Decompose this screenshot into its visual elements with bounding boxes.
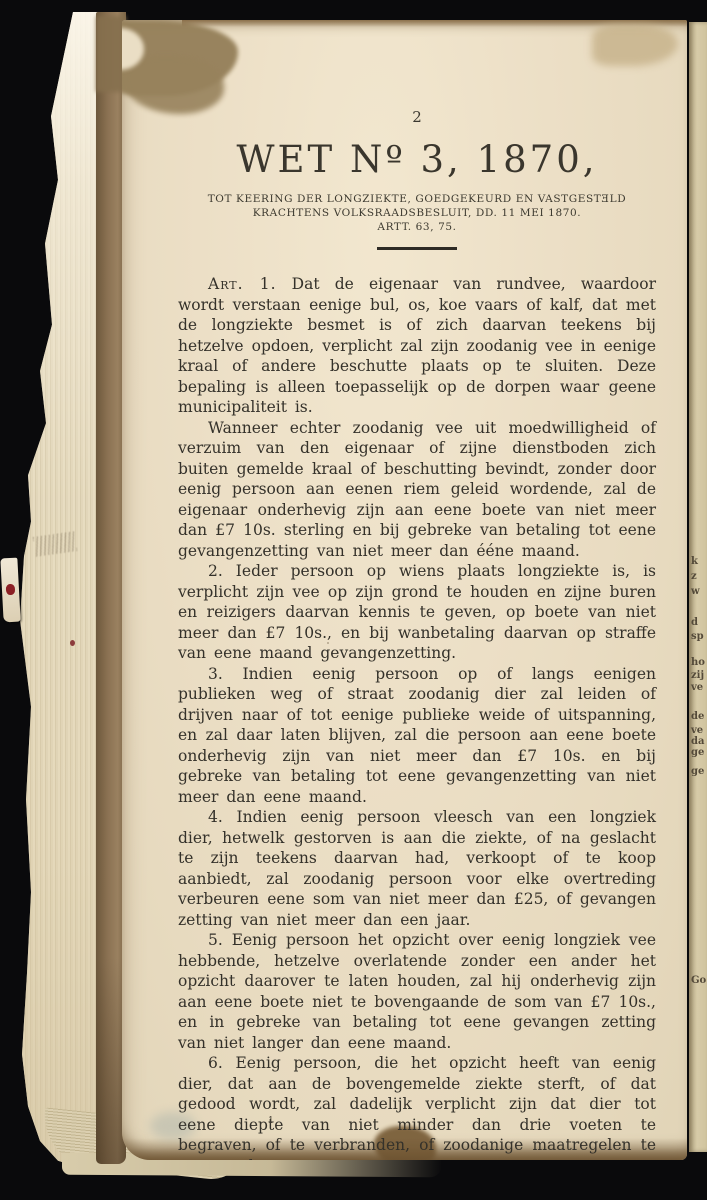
next-page-text-fragment: ge xyxy=(691,747,704,759)
paper-tab xyxy=(0,558,20,623)
article-text: 3. Indien eenig persoon op of langs eeni… xyxy=(178,665,656,806)
subtitle-line: ARTT. 63, 75. xyxy=(178,220,656,234)
next-page-text-fragment: d xyxy=(691,617,698,629)
next-page-text-fragment: Go xyxy=(691,975,706,987)
article-text: 5. Eenig persoon het opzicht over eenig … xyxy=(178,931,656,1052)
next-page-text-fragment: ge xyxy=(691,766,704,778)
article-paragraph: 3. Indien eenig persoon op of langs eeni… xyxy=(178,664,656,808)
next-page-sliver: k z w d sp ho zij ve de ve da ge ge Go xyxy=(689,22,707,1152)
divider-rule xyxy=(377,247,457,250)
article-text: Wanneer echter zoodanig vee uit moedwill… xyxy=(178,419,656,560)
next-page-text-fragment: ve xyxy=(691,682,703,694)
article-paragraph: Art. 1. Dat de eigenaar van rundvee, waa… xyxy=(178,274,656,418)
stain-top-right xyxy=(592,24,678,66)
article-paragraph: 5. Eenig persoon het opzicht over eenig … xyxy=(178,930,656,1053)
printed-page-content: 2 WET Nº 3, 1870, TOT KEERING DER LONGZI… xyxy=(178,108,656,1160)
stain-top-left-lobe xyxy=(124,56,224,114)
article-paragraph: 6. Eenig persoon, die het opzicht heeft … xyxy=(178,1053,656,1160)
article-text: 2. Ieder persoon op wiens plaats longzie… xyxy=(178,562,656,662)
article-text: Dat de eigenaar van rundvee, waardoor wo… xyxy=(178,275,656,416)
subtitle-line: TOT KEERING DER LONGZIEKTE, GOEDGEKEURD … xyxy=(178,192,656,206)
next-page-text-fragment: w xyxy=(691,586,700,598)
article-paragraph: 2. Ieder persoon op wiens plaats longzie… xyxy=(178,561,656,664)
red-speck xyxy=(70,640,75,646)
red-wax-mark xyxy=(6,584,16,595)
article-text: 6. Eenig persoon, die het opzicht heeft … xyxy=(178,1054,656,1160)
page-number: 2 xyxy=(178,108,656,126)
article-paragraph: 4. Indien eenig persoon vleesch van een … xyxy=(178,807,656,930)
law-body: Art. 1. Dat de eigenaar van rundvee, waa… xyxy=(178,274,656,1160)
article-lead: Art. 1. xyxy=(208,275,277,293)
scanned-book-photo: { "document": { "page_number": "2", "tit… xyxy=(0,0,707,1200)
footer-signature-mark: 1 xyxy=(268,1116,274,1126)
article-text: 4. Indien eenig persoon vleesch van een … xyxy=(178,808,656,929)
next-page-text-fragment: zij xyxy=(691,670,704,682)
subtitle-line: KRACHTENS VOLKSRAADSBESLUIT, DD. 11 MEI … xyxy=(178,206,656,220)
next-page-text-fragment: ho xyxy=(691,657,705,669)
law-title: WET Nº 3, 1870, xyxy=(178,136,656,184)
next-page-text-fragment: sp xyxy=(691,631,704,643)
law-subtitle: TOT KEERING DER LONGZIEKTE, GOEDGEKEURD … xyxy=(178,192,656,234)
next-page-text-fragment: de xyxy=(691,711,704,723)
book-page: 2 WET Nº 3, 1870, TOT KEERING DER LONGZI… xyxy=(122,20,687,1160)
next-page-text-fragment: z xyxy=(691,571,697,583)
next-page-text-fragment: k xyxy=(691,556,698,568)
article-paragraph: Wanneer echter zoodanig vee uit moedwill… xyxy=(178,418,656,562)
